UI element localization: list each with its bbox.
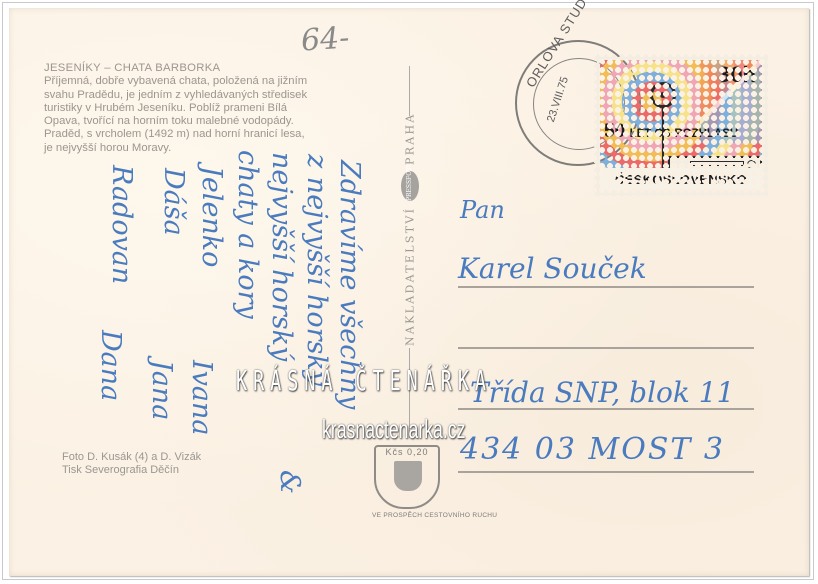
credits: Foto D. Kusák (4) a D. Vizák Tisk Severo… xyxy=(62,451,201,476)
postage-stamp: 30h 50 LET ČS·ROZHLASU ČESKOSLOVENSKO xyxy=(594,54,768,196)
postcard-caption: JESENÍKY – CHATA BARBORKA Příjemná, dobř… xyxy=(44,62,404,155)
signature: Radovan xyxy=(106,165,137,284)
anniversary-number: 50 xyxy=(604,121,625,142)
pencil-note: 64- xyxy=(300,20,351,58)
signature: Jana xyxy=(146,360,177,420)
address-line xyxy=(458,286,754,288)
address-line xyxy=(458,471,754,473)
address-city: 434 03 MOST 3 xyxy=(460,432,725,467)
watermark-url: krasnactenarka.cz xyxy=(322,414,465,445)
stamp-country: ČESKOSLOVENSKO xyxy=(600,172,762,187)
caption-line: svahu Pradědu, je jedním z vyhledávaných… xyxy=(44,89,404,102)
charity-text: VE PROSPĚCH CESTOVNÍHO RUCHU xyxy=(372,512,442,519)
charity-price: Kčs 0,20 xyxy=(376,447,438,457)
caption-line: je nejvyšší horou Moravy. xyxy=(44,142,404,155)
caption-title: JESENÍKY – CHATA BARBORKA xyxy=(44,62,404,75)
print-credit: Tisk Severografia Děčín xyxy=(62,464,201,477)
address-line xyxy=(458,347,754,349)
address-recipient: Karel Souček xyxy=(458,252,647,285)
photo-credit: Foto D. Kusák (4) a D. Vizák xyxy=(62,451,201,464)
anniversary-text: LET ČS·ROZHLASU xyxy=(630,128,739,140)
stamp-anniversary: 50 LET ČS·ROZHLASU xyxy=(604,121,738,143)
caption-line: Příjemná, dobře vybavená chata, položená… xyxy=(44,75,404,88)
castle-shield-icon xyxy=(394,461,422,491)
watermark-title: KRÁSNÁ ČTENÁŘKA xyxy=(236,364,492,397)
message-line: z nejvyšší horský xyxy=(301,154,332,386)
divider-line xyxy=(409,66,410,116)
caption-line: Opava, tvořící na horním toku malebné vo… xyxy=(44,115,404,128)
message-line: nejvyšší horský xyxy=(266,152,297,361)
publisher-imprint: NAKLADATELSTVÍ PRESSFOTO PRAHA xyxy=(399,118,421,346)
address-street: Třída SNP, blok 11 xyxy=(470,376,734,409)
address-line xyxy=(458,408,754,410)
caption-line: turistiky v Hrubém Jeseníku. Poblíž pram… xyxy=(44,102,404,115)
message-line: chaty a kory xyxy=(232,150,263,319)
signature: Dana xyxy=(95,330,126,401)
stamp-value: 30h xyxy=(718,62,756,88)
signature: Dáša xyxy=(158,168,189,236)
publisher-right: PRAHA xyxy=(404,112,417,165)
antenna-icon xyxy=(650,82,676,108)
pressfoto-logo-icon: PRESSFOTO xyxy=(401,171,419,201)
signature: Ivana xyxy=(186,360,217,436)
publisher-left: NAKLADATELSTVÍ xyxy=(404,207,417,346)
caption-line: Praděd, s vrcholem (1492 m) nad horní hr… xyxy=(44,128,404,141)
message-ampersand: & xyxy=(274,470,305,494)
charity-stamp: Kčs 0,20 VE PROSPĚCH CESTOVNÍHO RUCHU xyxy=(374,445,440,509)
postmark-date: 23.VIII.75 xyxy=(545,75,571,123)
signature: Jelenko xyxy=(196,166,227,267)
address-salutation: Pan xyxy=(460,196,505,224)
stamp-artwork: 30h 50 LET ČS·ROZHLASU ČESKOSLOVENSKO xyxy=(600,60,762,190)
